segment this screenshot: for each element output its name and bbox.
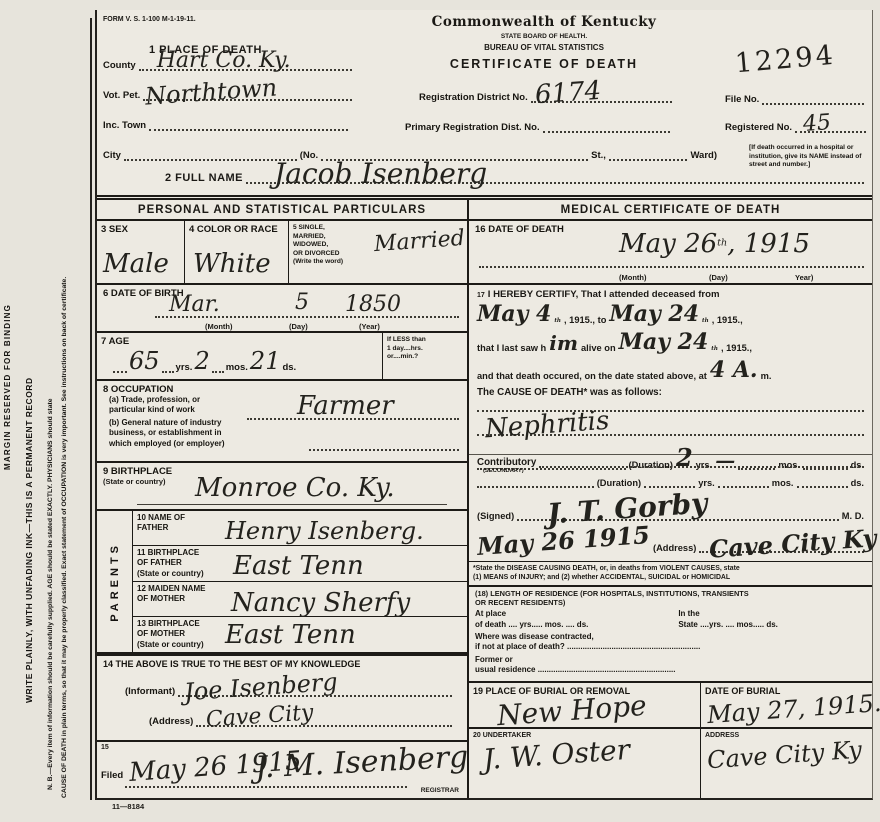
cause-dotted-line-2: Nephritis (477, 412, 864, 436)
voting-precinct-label: Vot. Pet. (103, 90, 140, 101)
occupation-b-dotted-line (309, 449, 459, 451)
dob-label: 6 DATE OF BIRTH (103, 288, 461, 299)
dod-year: , 1915 (727, 229, 810, 259)
certificate-title: CERTIFICATE OF DEATH (419, 57, 669, 71)
bureau-line: BUREAU OF VITAL STATISTICS (419, 43, 669, 52)
form-number: FORM V. S. 1-100 M-1-19-11. (103, 16, 196, 23)
where-contracted-line: Where was disease contracted, if not at … (475, 632, 866, 653)
age-years-label: yrs. (176, 362, 193, 373)
dob-month-value: Mar. (169, 294, 220, 316)
knowledge-statement: 14 THE ABOVE IS TRUE TO THE BEST OF MY K… (103, 659, 461, 669)
dod-day-sublabel: (Day) (709, 273, 728, 282)
hospital-note: [If death occurred in a hospital or inst… (749, 144, 871, 170)
age-dots (212, 363, 224, 373)
age-years-value: 65 (129, 349, 160, 373)
full-name-value: Jacob Isenberg (274, 160, 487, 188)
margin-nb-note-line1: N. B.—Every item of information should b… (47, 192, 54, 790)
birthplace-row: 9 BIRTHPLACE (State or country) Monroe C… (97, 463, 467, 511)
death-occurred-pre: and that death occured, on the date stat… (477, 371, 707, 381)
informant-field: (Informant) Joe Isenberg (125, 686, 455, 697)
dod-dotted-line (479, 266, 864, 268)
physician-address: Cave City Ky R (709, 524, 880, 562)
age-months-label: mos. (226, 362, 248, 373)
inc-town-field: Inc. Town (103, 120, 351, 131)
duration2-dots (797, 478, 848, 488)
informant-address-field: (Address) Cave City (149, 716, 455, 727)
item-15-number: 15 (101, 744, 109, 751)
registration-district-field: Registration District No. 6174 (419, 92, 675, 103)
city-ward-label: Ward) (690, 150, 717, 161)
personal-column: PERSONAL AND STATISTICAL PARTICULARS 3 S… (97, 200, 469, 798)
date-of-burial-cell: DATE OF BURIAL May 27, 1915. (701, 683, 872, 727)
father-birthplace-row: 11 BIRTHPLACE OF FATHER (State or countr… (133, 546, 467, 582)
signed-dots: J. T. Gorby (517, 507, 839, 521)
certify-statement: I HEREBY CERTIFY, That I attended deceas… (488, 289, 720, 300)
signed-date: May 26 1915 (476, 523, 650, 559)
county-dotted-line: Hart Co. Ky. (139, 60, 352, 71)
occupation-a-value: Farmer (297, 393, 394, 419)
dod-month-sublabel: (Month) (619, 273, 646, 282)
registered-no-label: Registered No. (725, 122, 792, 133)
parents-vertical-label: PARENTS (109, 542, 121, 622)
mother-birthplace-row: 13 BIRTHPLACE OF MOTHER (State or countr… (133, 617, 467, 652)
cause-of-death-value: Nephritis (484, 408, 610, 443)
undertaker-cell: 20 UNDERTAKER J. W. Oster (469, 729, 701, 798)
duration2-months-label: mos. (772, 478, 794, 488)
parents-label-cell: PARENTS (97, 511, 133, 652)
registration-district-label: Registration District No. (419, 92, 528, 103)
at-place-of-death-line: At place of death .... yrs..... mos. ...… (475, 609, 678, 630)
attended-from-sup: th (554, 319, 561, 325)
primary-registration-field: Primary Registration Dist. No. (405, 122, 673, 133)
registration-district-value: 6174 (534, 78, 602, 109)
dob-year-value: 1850 (345, 294, 401, 316)
date-of-burial-value: May 27, 1915. (706, 691, 880, 727)
full-name-field: 2 FULL NAME Jacob Isenberg (165, 172, 867, 184)
undertaker-row: 20 UNDERTAKER J. W. Oster ADDRESS Cave C… (469, 729, 872, 798)
filed-row: 15 Filed May 26 1915 J. M. Isenberg REGI… (97, 742, 467, 798)
duration2-label: (Duration) (597, 478, 641, 488)
form-body: PERSONAL AND STATISTICAL PARTICULARS 3 S… (97, 200, 872, 798)
attended-from-value: May 4 (477, 303, 551, 325)
registrar-label: REGISTRAR (421, 787, 459, 794)
age-dots (113, 363, 127, 373)
birthplace-value: Monroe Co. Ky. (195, 475, 395, 501)
knowledge-row: 14 THE ABOVE IS TRUE TO THE BEST OF MY K… (97, 654, 467, 742)
registrar-signature: J. M. Isenberg (254, 742, 469, 783)
attended-mid-print: , 1915., to (564, 315, 606, 325)
birthplace-line (137, 504, 447, 505)
commonwealth-title: Commonwealth of Kentucky (419, 14, 669, 30)
signed-block: (Signed) J. T. Gorby M. D. May 26 1915 (… (469, 503, 872, 561)
voting-precinct-dotted-line: Northtown (143, 90, 352, 101)
inc-town-dotted-line (149, 120, 348, 131)
mother-name-value: Nancy Sherfy (231, 590, 410, 616)
informant-dotted-line: Joe Isenberg (178, 686, 452, 697)
informant-address-dotted-line: Cave City (196, 716, 452, 727)
signed-label: (Signed) (477, 511, 514, 521)
death-time-hw: 4 A. (710, 359, 758, 381)
duration2-days-label: ds. (851, 478, 864, 488)
place-of-burial-cell: 19 PLACE OF BURIAL OR REMOVAL New Hope (469, 683, 701, 727)
voting-precinct-value: Northtown (145, 75, 278, 108)
county-value: Hart Co. Ky. (157, 50, 291, 72)
personal-column-title: PERSONAL AND STATISTICAL PARTICULARS (97, 200, 467, 221)
city-label: City (103, 150, 121, 161)
informant-address-label: (Address) (149, 716, 193, 727)
city-st-label: St., (591, 150, 606, 161)
inc-town-label: Inc. Town (103, 120, 146, 131)
last-saw-pre: that I last saw h (477, 343, 546, 353)
mother-birthplace-value: East Tenn (225, 622, 356, 648)
md-label: M. D. (842, 511, 864, 521)
marital-cell: 5 SINGLE, MARRIED, WIDOWED, OR DIVORCED … (289, 221, 467, 283)
date-of-death-row: 16 DATE OF DEATH May 26th, 1915 (Month) … (469, 221, 872, 285)
age-days-label: ds. (282, 362, 296, 373)
dod-year-sublabel: Year) (795, 273, 813, 282)
dob-day-value: 5 (295, 292, 309, 314)
dob-day-sublabel: (Day) (289, 322, 308, 331)
color-race-label: 4 COLOR OR RACE (189, 224, 284, 235)
file-no-field: File No. (725, 94, 867, 105)
former-residence-line: Former or usual residence ..............… (475, 655, 866, 676)
occupation-a-dotted-line (247, 418, 459, 420)
county-label: County (103, 60, 136, 71)
occupation-b-label: (b) General nature of industry business,… (109, 418, 461, 449)
form-print-code: 11—8184 (112, 802, 144, 811)
sex-label: 3 SEX (101, 224, 180, 235)
attended-to-value: May 24 (609, 303, 699, 325)
place-of-burial-value: New Hope (496, 691, 647, 729)
last-saw-mid: alive on (581, 343, 616, 353)
age-values-line: 65 yrs. 2 mos. 21 ds. (113, 349, 376, 373)
sex-color-marital-row: 3 SEX Male 4 COLOR OR RACE White 5 SINGL… (97, 221, 467, 285)
city-dotted-line (124, 150, 297, 161)
file-no-label: File No. (725, 94, 759, 105)
full-name-dotted-line: Jacob Isenberg (246, 173, 864, 184)
dob-dotted-line (155, 316, 459, 318)
duration2-dots (477, 478, 594, 488)
informant-label: (Informant) (125, 686, 175, 697)
margin-binding-text: MARGIN RESERVED FOR BINDING (3, 178, 12, 470)
parents-block: PARENTS 10 NAME OF FATHER Henry Isenberg… (97, 511, 467, 654)
undertaker-address-value: Cave City Ky (706, 737, 862, 772)
filed-label: Filed (101, 770, 123, 781)
dod-value-group: May 26th, 1915 (619, 231, 810, 257)
medical-column: MEDICAL CERTIFICATE OF DEATH 16 DATE OF … (469, 200, 872, 798)
full-name-label: 2 FULL NAME (165, 172, 243, 184)
last-saw-him-hw: im (549, 333, 578, 353)
margin-nb-note-line2: CAUSE OF DEATH in plain terms, so that i… (61, 200, 68, 798)
state-board-line: STATE BOARD OF HEALTH. (419, 33, 669, 40)
county-field: County Hart Co. Ky. (103, 60, 355, 71)
cause-of-death-label: The CAUSE OF DEATH* was as follows: (475, 387, 866, 398)
margin-write-plainly-text: WRITE PLAINLY, WITH UNFADING INK—THIS IS… (24, 228, 34, 703)
undertaker-address-cell: ADDRESS Cave City Ky (701, 729, 872, 798)
parents-rows: 10 NAME OF FATHER Henry Isenberg. 11 BIR… (133, 511, 467, 652)
certificate-form: FORM V. S. 1-100 M-1-19-11. 1 PLACE OF D… (95, 10, 873, 800)
age-row: 7 AGE 65 yrs. 2 mos. 21 ds. (97, 333, 467, 381)
in-the-state-line: In the State ....yrs. .... mos..... ds. (678, 609, 866, 630)
voting-precinct-field: Vot. Pet. Northtown (103, 90, 355, 101)
last-saw-sup: th (711, 347, 718, 353)
certify-block: 17 I HEREBY CERTIFY, That I attended dec… (469, 285, 872, 455)
sex-cell: 3 SEX Male (97, 221, 185, 283)
age-less-than-note: If LESS than 1 day....hrs. or....min.? (383, 333, 467, 379)
dob-year-sublabel: (Year) (359, 322, 380, 331)
sex-value: Male (103, 251, 169, 277)
occupation-a-label: (a) Trade, profession, or particular kin… (109, 395, 461, 416)
secondary-label: (SECONDARY) (483, 468, 866, 474)
cause-footnote: *State the DISEASE CAUSING DEATH, or, in… (469, 561, 872, 587)
age-months-value: 2 (194, 349, 209, 373)
residence-label: (18) LENGTH OF RESIDENCE (FOR HOSPITALS,… (475, 589, 866, 608)
item-17-number: 17 (477, 292, 485, 299)
registration-district-dotted-line: 6174 (531, 92, 672, 103)
contributory-label: Contributory (477, 457, 536, 468)
registered-no-value: 45 (802, 112, 831, 136)
attended-end-print: , 1915., (712, 315, 743, 325)
registered-no-field: Registered No. 45 (725, 122, 869, 133)
last-saw-date: May 24 (619, 331, 709, 353)
father-birthplace-value: East Tenn (233, 553, 364, 579)
age-days-value: 21 (250, 349, 281, 373)
attended-to-sup: th (702, 319, 709, 325)
occupation-label: 8 OCCUPATION (103, 384, 461, 395)
masthead: Commonwealth of Kentucky STATE BOARD OF … (419, 14, 669, 71)
color-race-cell: 4 COLOR OR RACE White (185, 221, 289, 283)
last-saw-end: , 1915., (721, 343, 752, 353)
medical-column-title: MEDICAL CERTIFICATE OF DEATH (469, 200, 872, 221)
informant-address-value: Cave City (206, 702, 315, 731)
undertaker-value: J. W. Oster (482, 736, 631, 774)
mother-name-row: 12 MAIDEN NAME OF MOTHER Nancy Sherfy (133, 582, 467, 617)
dod-sup: th (717, 238, 727, 249)
form-header: FORM V. S. 1-100 M-1-19-11. 1 PLACE OF D… (97, 10, 872, 200)
stamp-file-number: 12294 (734, 40, 837, 80)
ward-dotted-line (609, 150, 688, 161)
dod-value: May 26 (619, 229, 717, 259)
age-main-cell: 7 AGE 65 yrs. 2 mos. 21 ds. (97, 333, 383, 379)
informant-value: Joe Isenberg (183, 670, 338, 705)
father-name-value: Henry Isenberg. (225, 519, 424, 543)
primary-registration-label: Primary Registration Dist. No. (405, 122, 540, 133)
duration2-dots (644, 478, 695, 488)
father-name-row: 10 NAME OF FATHER Henry Isenberg. (133, 511, 467, 546)
age-dots (162, 363, 174, 373)
date-of-birth-row: 6 DATE OF BIRTH Mar. 5 1850 (Month) (Day… (97, 285, 467, 333)
color-race-value: White (193, 251, 271, 277)
file-no-dotted-line (762, 94, 864, 105)
contributory-dots (539, 458, 864, 468)
residence-block: (18) LENGTH OF RESIDENCE (FOR HOSPITALS,… (469, 587, 872, 683)
filed-dotted-line (125, 786, 407, 788)
death-occurred-end: m. (761, 371, 772, 381)
signed-address-dots: Cave City Ky R (699, 539, 864, 553)
duration2-dots (718, 478, 769, 488)
burial-row: 19 PLACE OF BURIAL OR REMOVAL New Hope D… (469, 683, 872, 729)
dob-month-sublabel: (Month) (205, 322, 232, 331)
death-certificate-scan: MARGIN RESERVED FOR BINDING WRITE PLAINL… (0, 0, 880, 822)
age-label: 7 AGE (101, 336, 378, 347)
occupation-row: 8 OCCUPATION (a) Trade, profession, or p… (97, 381, 467, 463)
signed-address-label: (Address) (653, 543, 696, 553)
primary-registration-dotted-line (543, 122, 670, 133)
registered-no-dotted-line: 45 (795, 122, 866, 133)
